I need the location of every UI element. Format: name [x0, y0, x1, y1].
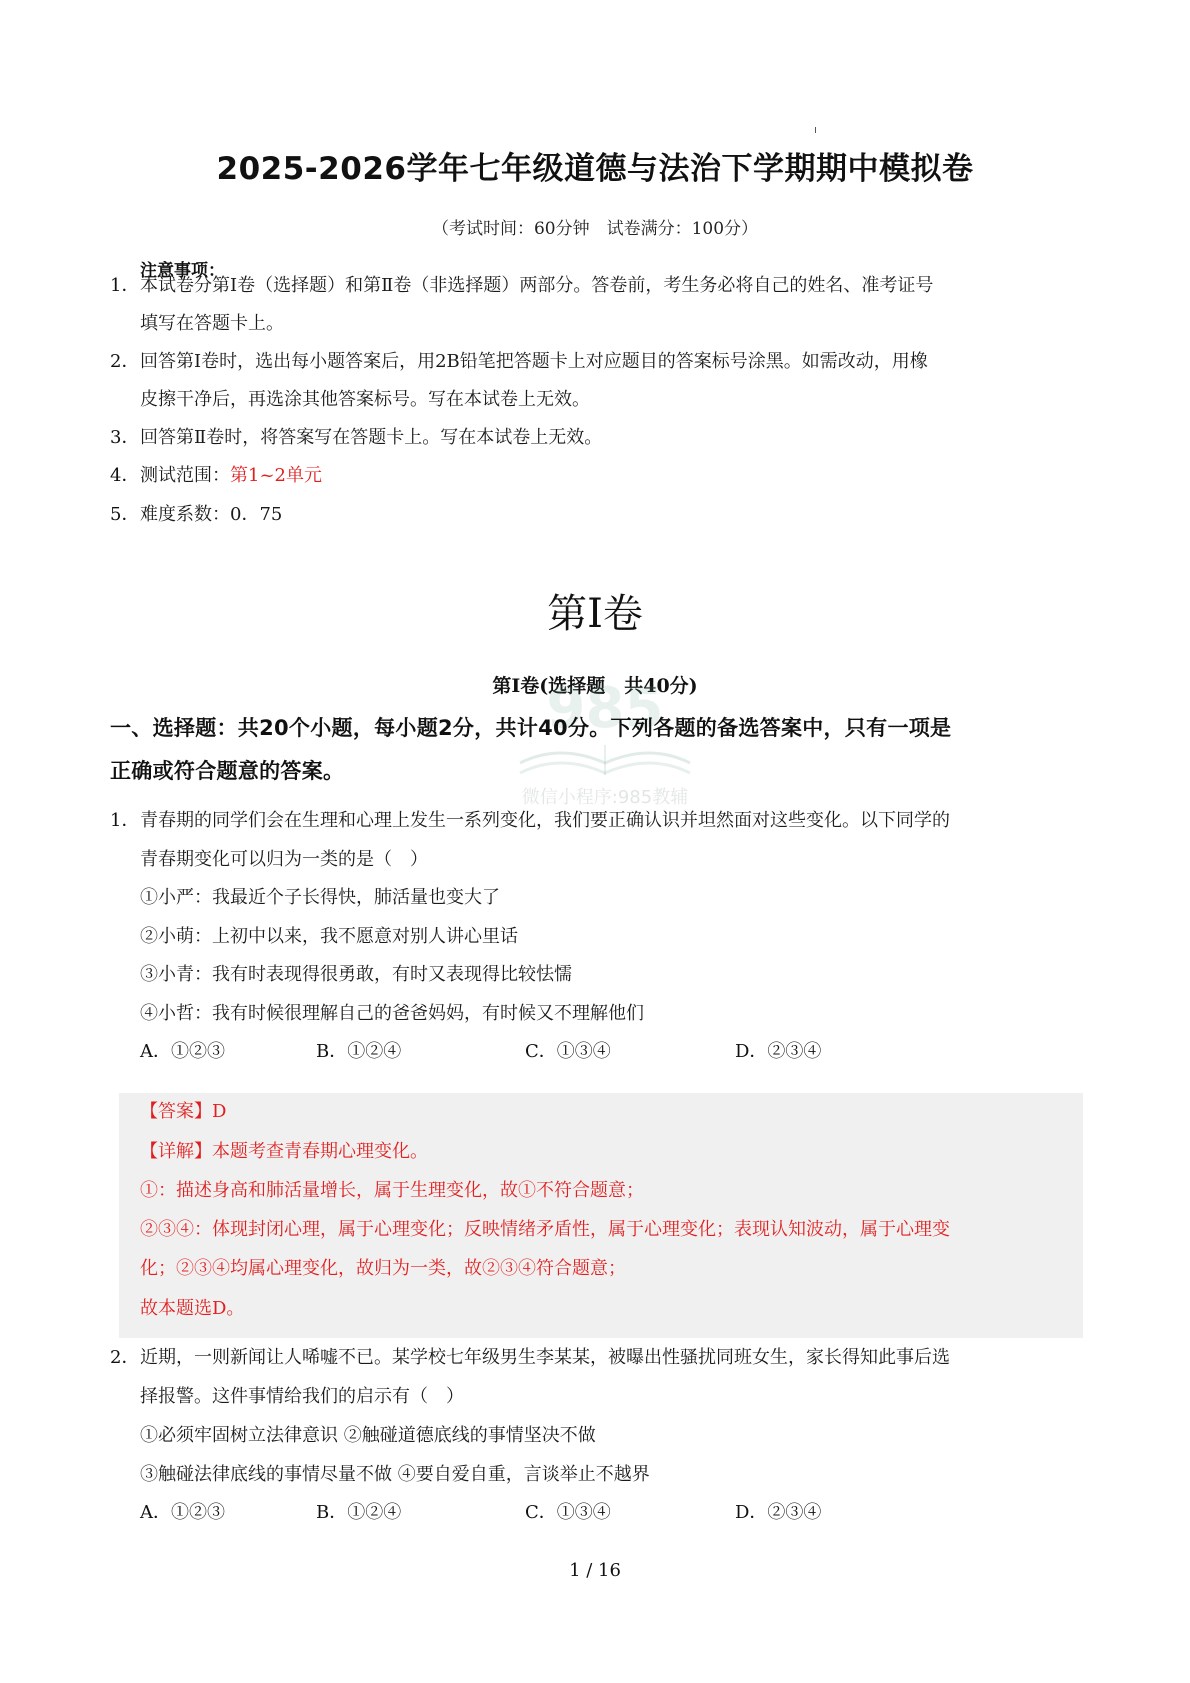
watermark-text: 微信小程序:985教辅 — [490, 783, 720, 809]
option-b: B．①②④ — [316, 1040, 401, 1064]
question-statement: ③小青：我有时表现得很勇敢，有时又表现得比较怯懦 — [140, 963, 572, 987]
exam-title: 2025-2026学年七年级道德与法治下学期期中模拟卷 — [0, 143, 1190, 188]
question-number: 2． — [110, 1346, 139, 1370]
notice-item-text: 皮擦干净后，再选涂其他答案标号。写在本试卷上无效。 — [140, 388, 590, 412]
notice-item-number: 5． — [110, 503, 139, 527]
option-d: D．②③④ — [735, 1040, 821, 1064]
explanation-line: 【详解】本题考查青春期心理变化。 — [140, 1140, 428, 1164]
explanation-line: ①：描述身高和肺活量增长，属于生理变化，故①不符合题意； — [140, 1179, 644, 1203]
question-statement: ④小哲：我有时候很理解自己的爸爸妈妈，有时候又不理解他们 — [140, 1002, 644, 1026]
option-b: B．①②④ — [316, 1501, 401, 1525]
explanation-line: 故本题选D。 — [140, 1297, 244, 1321]
option-a: A．①②③ — [140, 1501, 225, 1525]
question-stem: 青春期变化可以归为一类的是（ ） — [140, 848, 428, 872]
notice-item-number: 2． — [110, 350, 139, 374]
answer-label: 【答案】D — [140, 1100, 226, 1124]
question-statement: ①必须牢固树立法律意识 ②触碰道德底线的事情坚决不做 — [140, 1424, 596, 1448]
section-title: 第Ⅰ卷 — [0, 582, 1190, 639]
notice-item-text: 填写在答题卡上。 — [140, 312, 284, 336]
answer-explanation-box — [119, 1093, 1083, 1338]
page-number: 1 / 16 — [0, 1560, 1190, 1581]
notice-item-text: 回答第Ⅰ卷时，选出每小题答案后，用2B铅笔把答题卡上对应题目的答案标号涂黑。如需… — [140, 350, 928, 374]
option-a: A．①②③ — [140, 1040, 225, 1064]
header-mark — [815, 127, 816, 133]
question-statement: ②小萌：上初中以来，我不愿意对别人讲心里话 — [140, 925, 518, 949]
option-c: C．①③④ — [525, 1501, 611, 1525]
question-stem: 青春期的同学们会在生理和心理上发生一系列变化，我们要正确认识并坦然面对这些变化。… — [140, 809, 950, 833]
exam-page: 2025-2026学年七年级道德与法治下学期期中模拟卷 （考试时间：60分钟 试… — [0, 0, 1190, 1683]
difficulty-value: 0．75 — [230, 504, 282, 525]
notice-item-number: 1． — [110, 274, 139, 298]
difficulty-label: 难度系数： — [140, 504, 230, 525]
notice-item-number: 3． — [110, 426, 139, 450]
explanation-line: ②③④：体现封闭心理，属于心理变化；反映情绪矛盾性，属于心理变化；表现认知波动，… — [140, 1218, 950, 1242]
notice-item-text: 本试卷分第Ⅰ卷（选择题）和第Ⅱ卷（非选择题）两部分。答卷前，考生务必将自己的姓名… — [140, 274, 933, 298]
option-c: C．①③④ — [525, 1040, 611, 1064]
question-stem: 近期，一则新闻让人唏嘘不已。某学校七年级男生李某某，被曝出性骚扰同班女生，家长得… — [140, 1346, 950, 1370]
notice-item-text: 回答第Ⅱ卷时，将答案写在答题卡上。写在本试卷上无效。 — [140, 426, 602, 450]
question-statement: ①小严：我最近个子长得快，肺活量也变大了 — [140, 886, 500, 910]
question-number: 1． — [110, 809, 139, 833]
explanation-line: 化；②③④均属心理变化，故归为一类，故②③④符合题意； — [140, 1257, 626, 1281]
notice-item-text: 难度系数：0．75 — [140, 503, 282, 527]
section-instruction: 一、选择题：共20个小题，每小题2分，共计40分。下列各题的备选答案中，只有一项… — [110, 712, 951, 742]
option-d: D．②③④ — [735, 1501, 821, 1525]
question-statement: ③触碰法律底线的事情尽量不做 ④要自爱自重，言谈举止不越界 — [140, 1463, 650, 1487]
test-scope-value: 第1~2单元 — [230, 465, 322, 486]
section-instruction: 正确或符合题意的答案。 — [110, 755, 344, 785]
test-scope-label: 测试范围： — [140, 465, 230, 486]
question-stem: 择报警。这件事情给我们的启示有（ ） — [140, 1385, 464, 1409]
exam-subtitle: （考试时间：60分钟 试卷满分：100分） — [0, 214, 1190, 239]
notice-item-number: 4． — [110, 464, 139, 488]
section-subtitle: 第Ⅰ卷(选择题 共40分) — [0, 671, 1190, 698]
notice-item-text: 测试范围：第1~2单元 — [140, 464, 322, 488]
